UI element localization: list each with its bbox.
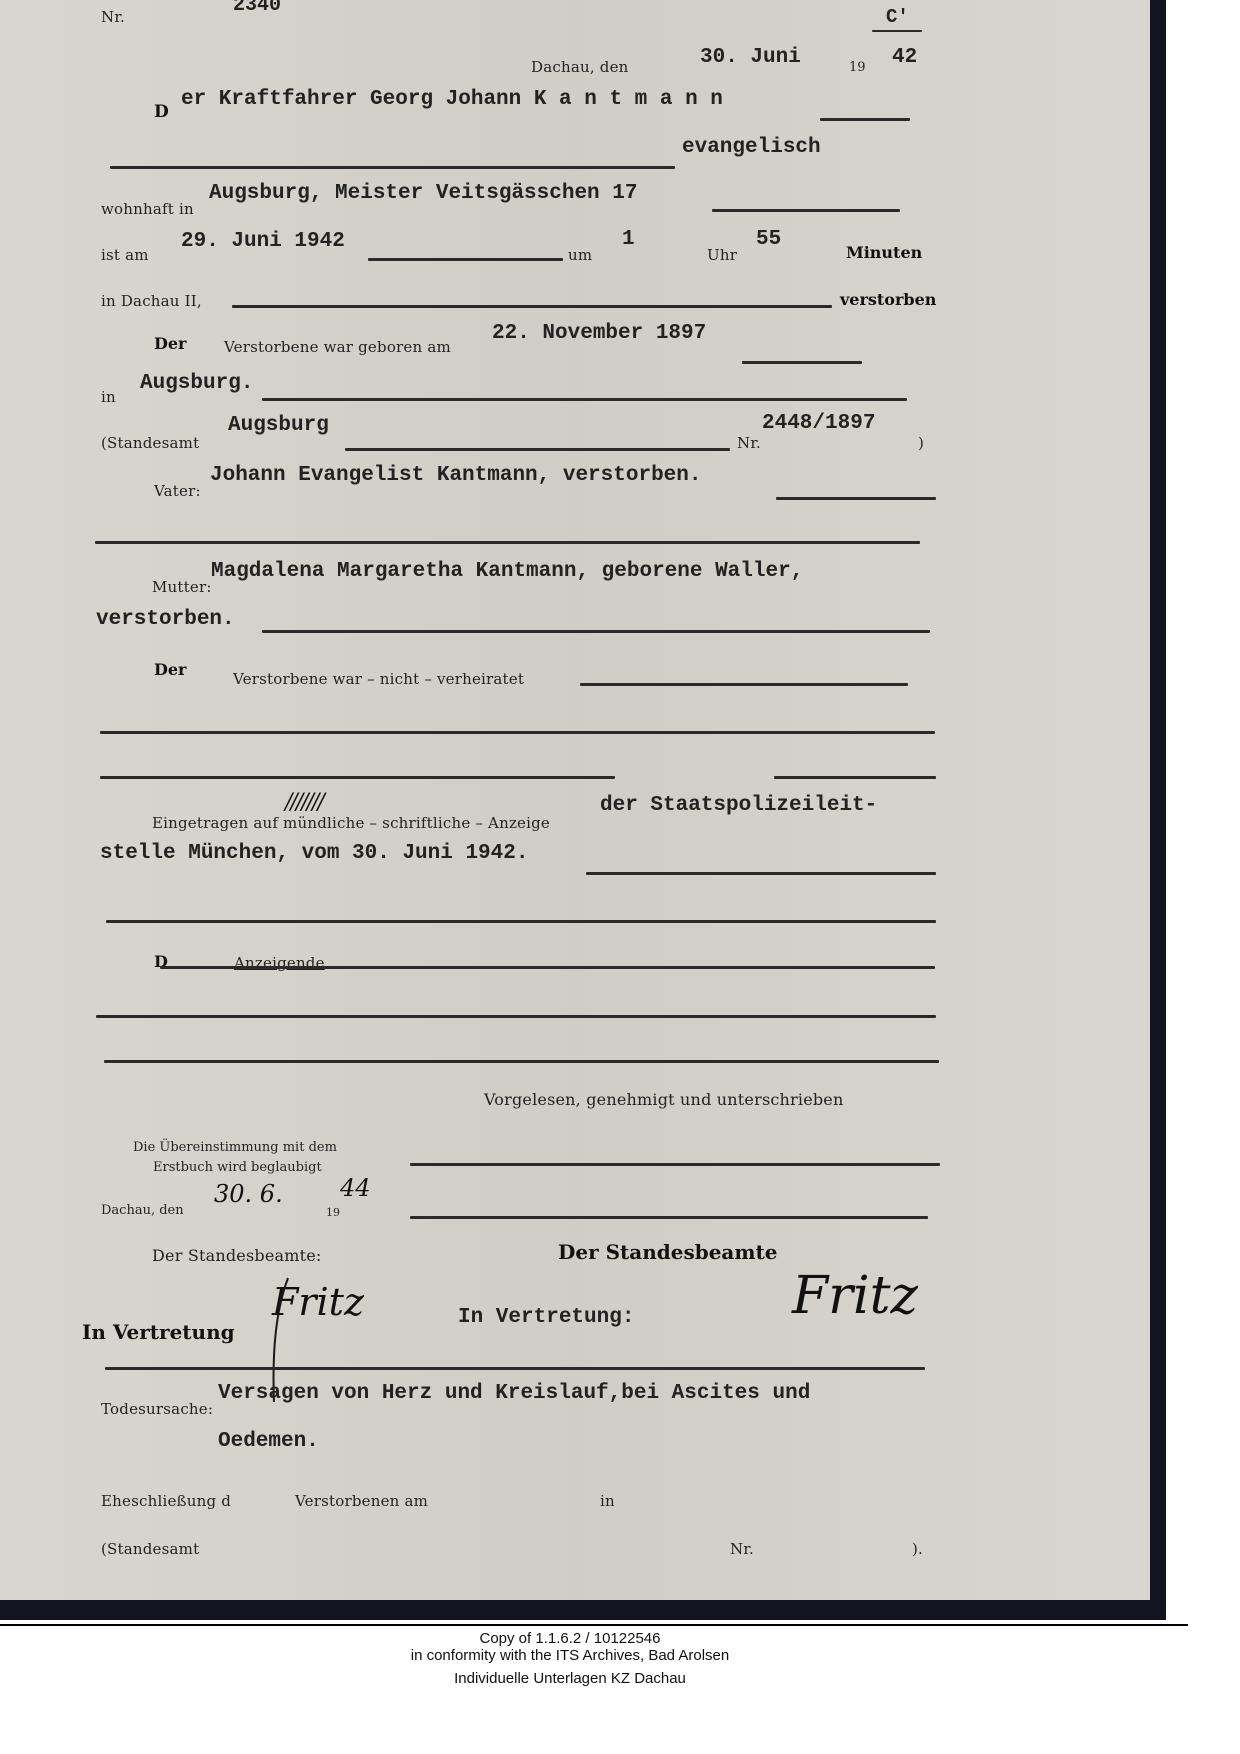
father-value: Johann Evangelist Kantmann, verstorben. [210,464,701,487]
cert-place-label: Dachau, den [101,1203,184,1218]
certification-line1: Die Übereinstimmung mit dem [133,1140,337,1155]
cause-value-line1: Versagen von Herz und Kreislauf,bei Asci… [218,1382,810,1405]
married-prefix: Der [154,660,186,679]
death-hour: 1 [622,228,635,251]
born-in-label: in [101,388,116,406]
form-line [105,1367,925,1370]
marriage-nr-label: Nr. [730,1540,754,1558]
footer-copy-reference: Copy of 1.1.6.2 / 10122546 [0,1630,1140,1647]
marriage-close: ). [912,1540,923,1558]
residence-label: wohnhaft in [101,200,194,218]
scan-border-bottom [0,1600,1166,1620]
mother-value-line1: Magdalena Margaretha Kantmann, geborene … [211,560,803,583]
registry-value: Augsburg [228,414,329,437]
informant-label: Anzeigende [234,954,325,972]
death-minutes: 55 [756,228,781,251]
form-line [160,966,935,969]
registration-date: 30. Juni [700,46,801,69]
form-line [820,118,910,121]
entered-value-line1: der Staatspolizeileit- [600,794,877,817]
marriage-in-label: in [600,1492,615,1510]
form-line [232,305,832,308]
form-line [100,776,615,779]
form-line [742,361,862,364]
scanned-document-page: Nr. 2340 C' Dachau, den 30. Juni 19 42 D… [0,0,1150,1600]
form-line [776,497,936,500]
registry-close: ) [918,434,924,452]
form-line [410,1163,940,1166]
footer-divider [0,1624,1188,1626]
form-line [262,398,907,401]
document-number: 2340 [233,0,281,17]
footer-collection-name: Individuelle Unterlagen KZ Dachau [0,1670,1140,1687]
archive-footer: Copy of 1.1.6.2 / 10122546 in conformity… [0,1630,1140,1687]
place-date-label: Dachau, den [531,58,629,76]
certification-line2: Erstbuch wird beglaubigt [153,1160,322,1175]
registration-year: 42 [892,46,917,69]
minutes-label: Minuten [846,243,922,262]
died-on-label: ist am [101,246,149,264]
cert-year-handwritten: 44 [340,1174,371,1202]
form-line [368,258,563,261]
form-line [95,541,920,544]
cause-value-line2: Oedemen. [218,1430,319,1453]
birth-date: 22. November 1897 [492,322,706,345]
registrar-right-label: Der Standesbeamte [558,1240,778,1264]
married-label: Verstorbene war – nicht – verheiratet [233,670,524,688]
religion-value: evangelisch [682,136,821,159]
entered-value-line2: stelle München, vom 30. Juni 1942. [100,842,528,865]
form-line [410,1216,928,1219]
registry-nr-value: 2448/1897 [762,412,875,435]
form-line [345,448,730,451]
form-line [262,630,930,633]
marriage-label: Eheschließung d [101,1492,231,1510]
scan-border-right [1150,0,1166,1620]
signature-right: Fritz [792,1266,918,1326]
year-prefix: 19 [849,60,866,75]
form-line [580,683,908,686]
form-line [774,776,936,779]
number-label: Nr. [101,8,125,26]
form-line [110,166,675,169]
father-label: Vater: [154,482,201,500]
at-label: um [568,246,592,264]
form-line [100,731,935,734]
born-prefix: Der [154,334,186,353]
died-label: verstorben [840,290,936,309]
cert-date-handwritten: 30. 6. [214,1180,283,1208]
form-line [104,1060,939,1063]
registry-label: (Standesamt [101,434,199,452]
hour-label: Uhr [707,246,737,264]
death-place-label: in Dachau II, [101,292,202,310]
entered-label: Eingetragen auf mündliche – schriftliche… [152,814,550,832]
marriage-registry-label: (Standesamt [101,1540,199,1558]
mother-value-line2: verstorben. [96,608,235,631]
death-date: 29. Juni 1942 [181,230,345,253]
read-approved-label: Vorgelesen, genehmigt und unterschrieben [484,1090,843,1109]
cause-label: Todesursache: [101,1400,213,1418]
corner-code-underline [872,30,922,32]
deceased-name: er Kraftfahrer Georg Johann K a n t m a … [181,88,723,111]
deceased-prefix: D [154,102,169,122]
residence-value: Augsburg, Meister Veitsgässchen 17 [209,182,637,205]
footer-conformity-note: in conformity with the ITS Archives, Bad… [0,1647,1140,1664]
cert-year-prefix: 19 [326,1206,340,1219]
form-line [106,920,936,923]
born-label: Verstorbene war geboren am [224,338,451,356]
registrar-left-label: Der Standesbeamte: [152,1246,322,1265]
registrar-left-deputy: In Vertretung [82,1320,235,1344]
form-line [96,1015,936,1018]
corner-code: C' [886,6,909,28]
form-line [712,209,900,212]
registry-nr-label: Nr. [737,434,761,452]
form-line [586,872,936,875]
birth-place: Augsburg. [140,372,253,395]
mother-label: Mutter: [152,578,212,596]
strike-marks: /////// [285,790,323,815]
marriage-mid-label: Verstorbenen am [295,1492,428,1510]
registrar-right-deputy: In Vertretung: [458,1306,634,1329]
